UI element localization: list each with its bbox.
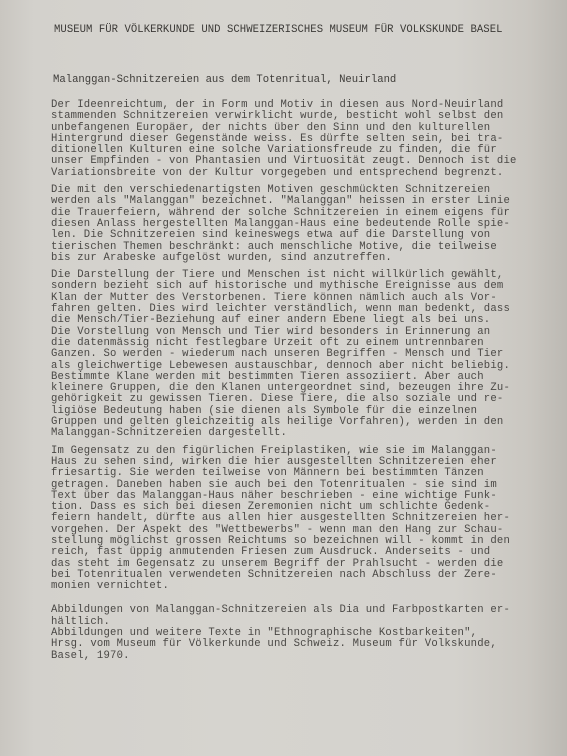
text-line: reich, fast üppig anmutenden Friesen zum… (51, 547, 551, 558)
footnote-line: Hrsg. vom Museum für Völkerkunde und Sch… (51, 639, 551, 650)
text-line: stammenden Schnitzereien verwirklicht wu… (51, 111, 551, 122)
footnotes: Abbildungen von Malanggan-Schnitzereien … (51, 605, 551, 661)
footnote-line: Basel, 1970. (51, 651, 551, 662)
museum-header: MUSEUM FÜR VÖLKERKUNDE UND SCHWEIZERISCH… (54, 24, 503, 36)
text-line: friesartig. Sie werden teilweise von Män… (51, 468, 551, 479)
document-body: Der Ideenreichtum, der in Form und Motiv… (51, 100, 551, 662)
footnote-line: Abbildungen von Malanggan-Schnitzereien … (51, 605, 551, 616)
text-line: feiern handelt, dürfte aus allen hier au… (51, 513, 551, 524)
paragraph: Der Ideenreichtum, der in Form und Motiv… (51, 100, 551, 179)
text-line: len. Die Schnitzereien sind keineswegs e… (51, 230, 551, 241)
text-line: bis zur Arabeske aufgelöst wurden, sind … (51, 253, 551, 264)
text-line: Variationsbreite von der Kultur vorgegeb… (51, 168, 551, 179)
text-line: Ganzen. So werden - wiederum nach unsere… (51, 349, 551, 360)
paragraphs: Der Ideenreichtum, der in Form und Motiv… (51, 100, 551, 592)
text-line: die Mensch/Tier-Beziehung auf einer ande… (51, 315, 551, 326)
document-title: Malanggan-Schnitzereien aus dem Totenrit… (53, 74, 396, 86)
typed-document-page: MUSEUM FÜR VÖLKERKUNDE UND SCHWEIZERISCH… (0, 0, 567, 756)
paragraph: Die mit den verschiedenartigsten Motiven… (51, 185, 551, 264)
paragraph: Die Darstellung der Tiere und Menschen i… (51, 270, 551, 439)
text-line: Malanggan-Schnitzereien dargestellt. (51, 428, 551, 439)
paragraph: Im Gegensatz zu den figürlichen Freiplas… (51, 446, 551, 593)
text-line: werden als "Malanggan" bezeichnet. "Mala… (51, 196, 551, 207)
text-line: monien vernichtet. (51, 581, 551, 592)
